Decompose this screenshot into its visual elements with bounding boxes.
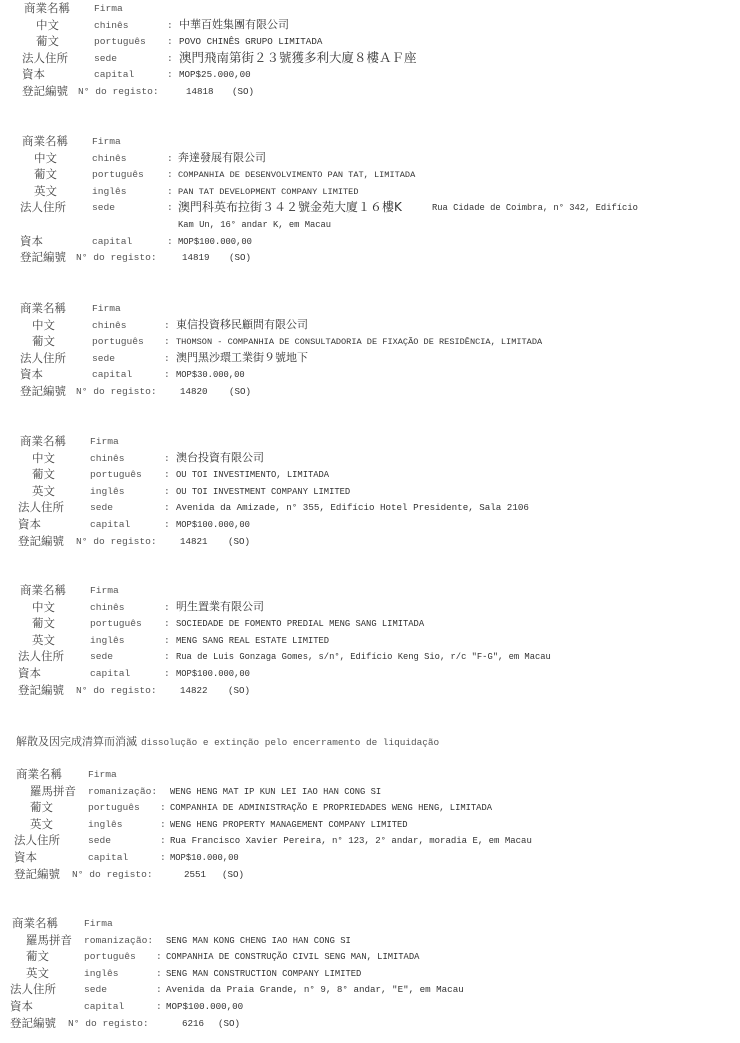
colon: : [164,616,170,632]
capital-label-pt: capital [94,67,134,83]
registo-suffix: (SO) [228,534,250,550]
registo-suffix: (SO) [229,384,251,400]
firma-row: 商業名稱 Firma [0,766,740,783]
firma-label-pt: Firma [88,767,117,783]
portugues-label-pt: português [88,800,140,816]
colon: : [167,18,173,34]
sede-label-pt: sede [90,649,113,665]
portugues-value: OU TOI INVESTIMENTO, LIMITADA [176,467,329,483]
ingles-label-pt: inglês [92,184,127,200]
capital-value: MOP$100.000,00 [178,234,252,250]
registo-label-zh: 登記編號 [20,383,66,399]
capital-label-zh: 資本 [10,998,33,1014]
sede-label-zh: 法人住所 [20,350,66,366]
registo-label-zh: 登記編號 [10,1015,56,1031]
portugues-value: SOCIEDADE DE FOMENTO PREDIAL MENG SANG L… [176,616,424,632]
firma-row: 商業名稱 Firma [0,133,740,150]
sede-value: Rua de Luis Gonzaga Gomes, s/n°, Edifíci… [176,649,551,665]
capital-value: MOP$10.000,00 [170,850,239,866]
portugues-label-zh: 葡文 [32,466,55,482]
firma-row: 商業名稱 Firma [0,433,740,450]
sede-label-pt: sede [92,200,115,216]
portugues-label-pt: português [90,616,142,632]
colon: : [164,451,170,467]
registo-label-pt: N° do registo: [76,250,157,266]
portugues-label-zh: 葡文 [32,333,55,349]
ingles-label-zh: 英文 [32,483,55,499]
registo-number: 14822 [180,683,208,699]
capital-row: 資本 capital : MOP$30.000,00 [0,366,740,383]
chines-row: 中文 chinês : 中華百姓集團有限公司 [0,17,740,34]
capital-row: 資本 capital : MOP$10.000,00 [0,849,740,866]
capital-label-zh: 資本 [20,366,43,382]
capital-value: MOP$25.000,00 [179,67,251,83]
registo-number: 14818 [186,84,214,100]
colon: : [167,184,173,200]
ingles-label-pt: inglês [88,817,123,833]
ingles-row: 英文 inglês : PAN TAT DEVELOPMENT COMPANY … [0,183,740,200]
firma-label-zh: 商業名稱 [20,300,66,316]
chines-label-pt: chinês [92,151,127,167]
romanizacao-row: 羅馬拼音 romanização: WENG HENG MAT IP KUN L… [0,783,740,800]
sede-label-zh: 法人住所 [20,199,66,215]
registo-label-zh: 登記編號 [14,866,60,882]
capital-label-zh: 資本 [22,66,45,82]
sede-row: 法人住所 sede : Avenida da Praia Grande, n° … [0,981,740,998]
section-heading-zh: 解散及因完成清算而消滅 [16,735,137,748]
capital-label-zh: 資本 [18,516,41,532]
sede-row: 法人住所 sede : Avenida da Amizade, n° 355, … [0,499,740,516]
section-heading-dissolution: 解散及因完成清算而消滅 dissolução e extinção pelo e… [16,732,439,751]
registo-row: 登記編號 N° do registo: 14818 (SO) [0,83,740,100]
capital-label-pt: capital [92,234,132,250]
registo-label-zh: 登記編號 [18,682,64,698]
firma-label-pt: Firma [94,1,123,17]
ingles-label-zh: 英文 [30,816,53,832]
capital-value: MOP$100.000,00 [176,517,250,533]
ingles-value: WENG HENG PROPERTY MANAGEMENT COMPANY LI… [170,817,408,833]
firma-row: 商業名稱 Firma [0,0,740,17]
portugues-row: 葡文 português : COMPANHIA DE CONSTRUÇÃO C… [0,948,740,965]
firma-label-zh: 商業名稱 [20,433,66,449]
capital-row: 資本 capital : MOP$100.000,00 [0,998,740,1015]
chines-label-pt: chinês [92,318,127,334]
sede-label-zh: 法人住所 [22,50,68,66]
registo-label-zh: 登記編號 [20,249,66,265]
portugues-value: POVO CHINÊS GRUPO LIMITADA [179,34,322,50]
chines-value: 中華百姓集團有限公司 [179,17,289,33]
sede-label-zh: 法人住所 [18,499,64,515]
sede-row-continued: Kam Un, 16° andar K, em Macau [0,216,740,233]
chines-label-zh: 中文 [32,450,55,466]
colon: : [167,167,173,183]
chines-label-zh: 中文 [34,150,57,166]
company-entry-14822: 商業名稱 Firma 中文 chinês : 明生置業有限公司 葡文 portu… [0,582,740,698]
registo-label-pt: N° do registo: [72,867,153,883]
capital-label-pt: capital [90,517,130,533]
chines-value: 奔達發展有限公司 [178,150,266,166]
portugues-label-zh: 葡文 [26,948,49,964]
colon: : [167,234,173,250]
colon: : [156,999,162,1015]
colon: : [164,517,170,533]
sede-value: 澳門飛南第街２３號獲多利大廈８樓ＡＦ座 [179,50,417,66]
registo-number: 14820 [180,384,208,400]
ingles-value: MENG SANG REAL ESTATE LIMITED [176,633,329,649]
firma-label-zh: 商業名稱 [24,0,70,16]
portugues-row: 葡文 português : SOCIEDADE DE FOMENTO PRED… [0,615,740,632]
firma-label-pt: Firma [90,434,119,450]
company-entry-14818: 商業名稱 Firma 中文 chinês : 中華百姓集團有限公司 葡文 por… [0,0,740,100]
registo-row: 登記編號 N° do registo: 2551 (SO) [0,866,740,883]
portugues-label-zh: 葡文 [32,615,55,631]
sede-value: Avenida da Praia Grande, n° 9, 8° andar,… [166,982,464,998]
capital-row: 資本 capital : MOP$100.000,00 [0,233,740,250]
dissolved-entry-2551: 商業名稱 Firma 羅馬拼音 romanização: WENG HENG M… [0,766,740,882]
registo-number: 14819 [182,250,210,266]
document-page: 商業名稱 Firma 中文 chinês : 中華百姓集團有限公司 葡文 por… [0,0,740,1043]
colon: : [167,200,173,216]
romanizacao-label-pt: romanização: [84,933,153,949]
colon: : [167,34,173,50]
registo-suffix: (SO) [232,84,254,100]
sede-row: 法人住所 sede : 澳門黑沙環工業街９號地下 [0,350,740,367]
registo-number: 2551 [184,867,206,883]
capital-row: 資本 capital : MOP$25.000,00 [0,66,740,83]
portugues-row: 葡文 português : THOMSON - COMPANHIA DE CO… [0,333,740,350]
ingles-value: PAN TAT DEVELOPMENT COMPANY LIMITED [178,184,359,200]
sede-label-pt: sede [94,51,117,67]
colon: : [167,51,173,67]
colon: : [164,334,170,350]
registo-row: 登記編號 N° do registo: 14819 (SO) [0,249,740,266]
colon: : [164,351,170,367]
colon: : [164,600,170,616]
ingles-value: OU TOI INVESTMENT COMPANY LIMITED [176,484,350,500]
capital-label-zh: 資本 [14,849,37,865]
registo-suffix: (SO) [228,683,250,699]
colon: : [164,500,170,516]
capital-row: 資本 capital : MOP$100.000,00 [0,665,740,682]
colon: : [164,649,170,665]
registo-row: 登記編號 N° do registo: 6216 (SO) [0,1015,740,1032]
sede-label-pt: sede [84,982,107,998]
portugues-label-pt: português [90,467,142,483]
firma-label-zh: 商業名稱 [20,582,66,598]
company-entry-14821: 商業名稱 Firma 中文 chinês : 澳台投資有限公司 葡文 portu… [0,433,740,549]
registo-suffix: (SO) [218,1016,240,1032]
capital-label-zh: 資本 [18,665,41,681]
chines-row: 中文 chinês : 東信投資移民顧問有限公司 [0,317,740,334]
sede-label-zh: 法人住所 [10,981,56,997]
registo-number: 14821 [180,534,208,550]
colon: : [164,467,170,483]
chines-value: 澳台投資有限公司 [176,450,264,466]
sede-label-pt: sede [88,833,111,849]
portugues-label-pt: português [92,334,144,350]
firma-label-pt: Firma [84,916,113,932]
portugues-label-zh: 葡文 [36,33,59,49]
chines-label-zh: 中文 [36,17,59,33]
capital-label-pt: capital [92,367,132,383]
colon: : [160,800,166,816]
firma-label-zh: 商業名稱 [16,766,62,782]
chines-label-zh: 中文 [32,317,55,333]
romanizacao-label-zh: 羅馬拼音 [26,932,72,948]
capital-label-zh: 資本 [20,233,43,249]
ingles-value: SENG MAN CONSTRUCTION COMPANY LIMITED [166,966,361,982]
sede-label-zh: 法人住所 [14,832,60,848]
chines-row: 中文 chinês : 澳台投資有限公司 [0,450,740,467]
colon: : [164,484,170,500]
registo-row: 登記編號 N° do registo: 14820 (SO) [0,383,740,400]
capital-value: MOP$100.000,00 [166,999,243,1015]
colon: : [164,666,170,682]
company-entry-14820: 商業名稱 Firma 中文 chinês : 東信投資移民顧問有限公司 葡文 p… [0,300,740,400]
ingles-row: 英文 inglês : MENG SANG REAL ESTATE LIMITE… [0,632,740,649]
portugues-value: COMPANHIA DE DESENVOLVIMENTO PAN TAT, LI… [178,167,415,183]
ingles-label-pt: inglês [90,633,125,649]
registo-row: 登記編號 N° do registo: 14822 (SO) [0,682,740,699]
capital-label-pt: capital [88,850,128,866]
colon: : [156,982,162,998]
chines-label-pt: chinês [94,18,129,34]
ingles-label-zh: 英文 [32,632,55,648]
colon: : [164,318,170,334]
sede-row: 法人住所 sede : Rua de Luis Gonzaga Gomes, s… [0,648,740,665]
capital-label-pt: capital [90,666,130,682]
ingles-label-zh: 英文 [26,965,49,981]
sede-row: 法人住所 sede : 澳門飛南第街２３號獲多利大廈８樓ＡＦ座 [0,50,740,67]
sede-label-pt: sede [92,351,115,367]
section-heading-pt: dissolução e extinção pelo encerramento … [141,737,439,748]
registo-label-pt: N° do registo: [68,1016,149,1032]
sede-value-zh: 澳門科英布拉街３４２號金苑大廈１６樓K [178,199,402,215]
registo-label-zh: 登記編號 [18,533,64,549]
chines-value: 東信投資移民顧問有限公司 [176,317,308,333]
portugues-label-zh: 葡文 [34,166,57,182]
firma-label-pt: Firma [92,134,121,150]
sede-value: Avenida da Amizade, n° 355, Edifício Hot… [176,500,529,516]
colon: : [164,367,170,383]
colon: : [160,850,166,866]
capital-value: MOP$100.000,00 [176,666,250,682]
portugues-row: 葡文 português : COMPANHIA DE ADMINISTRAÇÃ… [0,799,740,816]
colon: : [167,67,173,83]
firma-row: 商業名稱 Firma [0,582,740,599]
romanizacao-value: WENG HENG MAT IP KUN LEI IAO HAN CONG SI [170,784,381,800]
registo-label-pt: N° do registo: [76,683,157,699]
chines-row: 中文 chinês : 明生置業有限公司 [0,599,740,616]
ingles-label-pt: inglês [90,484,125,500]
portugues-row: 葡文 português : COMPANHIA DE DESENVOLVIME… [0,166,740,183]
chines-label-zh: 中文 [32,599,55,615]
ingles-label-zh: 英文 [34,183,57,199]
registo-number: 6216 [182,1016,204,1032]
sede-row: 法人住所 sede : 澳門科英布拉街３４２號金苑大廈１６樓K Rua Cida… [0,199,740,216]
sede-label-zh: 法人住所 [18,648,64,664]
romanizacao-label-zh: 羅馬拼音 [30,783,76,799]
capital-value: MOP$30.000,00 [176,367,245,383]
ingles-row: 英文 inglês : WENG HENG PROPERTY MANAGEMEN… [0,816,740,833]
firma-label-zh: 商業名稱 [12,915,58,931]
sede-value-pt: Rua Cidade de Coimbra, n° 342, Edifício [432,200,638,216]
sede-row: 法人住所 sede : Rua Francisco Xavier Pereira… [0,832,740,849]
sede-value-line2: Kam Un, 16° andar K, em Macau [178,217,331,233]
firma-label-zh: 商業名稱 [22,133,68,149]
portugues-label-pt: português [84,949,136,965]
portugues-label-zh: 葡文 [30,799,53,815]
portugues-label-pt: português [92,167,144,183]
sede-value: 澳門黑沙環工業街９號地下 [176,350,308,366]
sede-label-pt: sede [90,500,113,516]
firma-row: 商業名稱 Firma [0,300,740,317]
colon: : [156,966,162,982]
registo-row: 登記編號 N° do registo: 14821 (SO) [0,533,740,550]
capital-label-pt: capital [84,999,124,1015]
portugues-row: 葡文 português : OU TOI INVESTIMENTO, LIMI… [0,466,740,483]
colon: : [160,817,166,833]
chines-row: 中文 chinês : 奔達發展有限公司 [0,150,740,167]
colon: : [164,633,170,649]
colon: : [167,151,173,167]
registo-label-pt: N° do registo: [76,534,157,550]
romanizacao-value: SENG MAN KONG CHENG IAO HAN CONG SI [166,933,351,949]
registo-label-pt: N° do registo: [78,84,159,100]
ingles-row: 英文 inglês : OU TOI INVESTMENT COMPANY LI… [0,483,740,500]
capital-row: 資本 capital : MOP$100.000,00 [0,516,740,533]
portugues-value: THOMSON - COMPANHIA DE CONSULTADORIA DE … [176,334,542,350]
firma-row: 商業名稱 Firma [0,915,740,932]
portugues-value: COMPANHIA DE CONSTRUÇÃO CIVIL SENG MAN, … [166,949,419,965]
romanizacao-label-pt: romanização: [88,784,157,800]
chines-value: 明生置業有限公司 [176,599,264,615]
portugues-value: COMPANHIA DE ADMINISTRAÇÃO E PROPRIEDADE… [170,800,492,816]
firma-label-pt: Firma [90,583,119,599]
chines-label-pt: chinês [90,600,125,616]
romanizacao-row: 羅馬拼音 romanização: SENG MAN KONG CHENG IA… [0,932,740,949]
ingles-label-pt: inglês [84,966,119,982]
company-entry-14819: 商業名稱 Firma 中文 chinês : 奔達發展有限公司 葡文 portu… [0,133,740,266]
dissolved-entry-6216: 商業名稱 Firma 羅馬拼音 romanização: SENG MAN KO… [0,915,740,1031]
portugues-label-pt: português [94,34,146,50]
colon: : [156,949,162,965]
registo-label-zh: 登記編號 [22,83,68,99]
ingles-row: 英文 inglês : SENG MAN CONSTRUCTION COMPAN… [0,965,740,982]
sede-value: Rua Francisco Xavier Pereira, n° 123, 2°… [170,833,532,849]
colon: : [160,833,166,849]
firma-label-pt: Firma [92,301,121,317]
chines-label-pt: chinês [90,451,125,467]
registo-suffix: (SO) [222,867,244,883]
registo-suffix: (SO) [229,250,251,266]
portugues-row: 葡文 português : POVO CHINÊS GRUPO LIMITAD… [0,33,740,50]
registo-label-pt: N° do registo: [76,384,157,400]
